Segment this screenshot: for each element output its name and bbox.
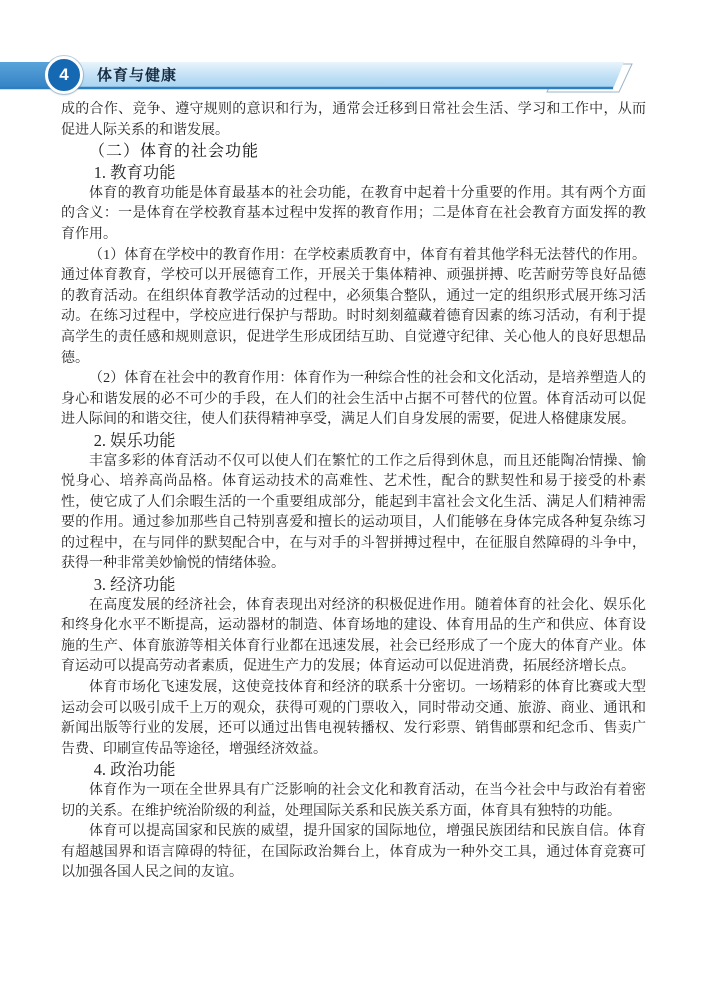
paragraph: 体育的教育功能是体育最基本的社会功能，在教育中起着十分重要的作用。其有两个方面的…	[61, 184, 646, 246]
band-main-shape	[0, 62, 624, 89]
subsection-heading: 2. 娱乐功能	[61, 431, 646, 452]
paragraph: 丰富多彩的体育活动不仅可以使人们在繁忙的工作之后得到休息，而且还能陶冶情操、愉悦…	[61, 452, 646, 576]
subsection-heading: 1. 教育功能	[61, 163, 646, 184]
chapter-title: 体育与健康	[97, 63, 177, 89]
paragraph: 体育作为一项在全世界具有广泛影响的社会文化和教育活动，在当今社会中与政治有着密切…	[61, 781, 646, 822]
page-content: 成的合作、竞争、遵守规则的意识和行为，通常会迁移到日常社会生活、学习和工作中，从…	[61, 100, 646, 884]
paragraph: 体育市场化飞速发展，这使竞技体育和经济的联系十分密切。一场精彩的体育比赛或大型运…	[61, 678, 646, 760]
paragraph: 体育可以提高国家和民族的威望，提升国家的国际地位，增强民族团结和民族自信。体育有…	[61, 822, 646, 884]
band-left-cap	[0, 62, 50, 89]
paragraph: （1）体育在学校中的教育作用：在学校素质教育中，体育有着其他学科无法替代的作用。…	[61, 246, 646, 370]
subsection-heading: 4. 政治功能	[61, 760, 646, 781]
page-number-badge: 4	[45, 56, 83, 94]
paragraph: 成的合作、竞争、遵守规则的意识和行为，通常会迁移到日常社会生活、学习和工作中，从…	[61, 100, 646, 141]
textbook-page: 4 体育与健康 成的合作、竞争、遵守规则的意识和行为，通常会迁移到日常社会生活、…	[0, 0, 706, 982]
paragraph: （2）体育在社会中的教育作用：体育作为一种综合性的社会和文化活动，是培养塑造人的…	[61, 369, 646, 431]
page-number: 4	[59, 65, 68, 85]
section-heading: （二）体育的社会功能	[61, 141, 646, 163]
paragraph: 在高度发展的经济社会，体育表现出对经济的积极促进作用。随着体育的社会化、娱乐化和…	[61, 596, 646, 678]
subsection-heading: 3. 经济功能	[61, 575, 646, 596]
